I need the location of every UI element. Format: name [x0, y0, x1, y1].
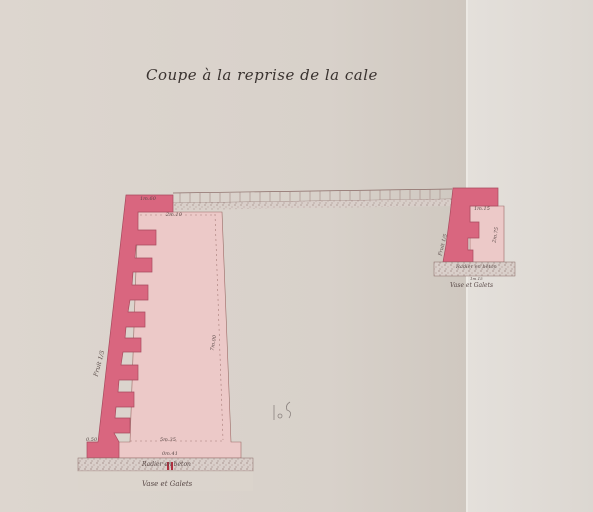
left-wall-inner-dimension: 2m.10 — [166, 212, 182, 218]
right-foundation-tick: 1m.15 — [470, 276, 483, 281]
pencil-mark — [274, 402, 291, 420]
right-subsoil-label: Vase et Galets — [450, 282, 493, 289]
deck-railing — [173, 189, 452, 210]
scanned-drawing-sheet: Coupe à la reprise de la cale — [0, 0, 593, 512]
left-subsoil-label: Vase et Galets — [142, 480, 192, 488]
cross-section-drawing — [0, 0, 593, 512]
left-foundation-label: Radier en béton — [142, 461, 191, 468]
left-wall-top-dimension: 1m.60 — [140, 196, 156, 202]
right-foundation-label: Radier en béton — [456, 264, 497, 270]
left-base-left-dimension: 0.50 — [86, 437, 97, 443]
right-wall-top-dimension: 1m.15 — [474, 206, 490, 212]
left-foundation-tick: 0m.41 — [162, 451, 178, 457]
left-wall-base-dimension: 5m.35 — [160, 437, 176, 443]
